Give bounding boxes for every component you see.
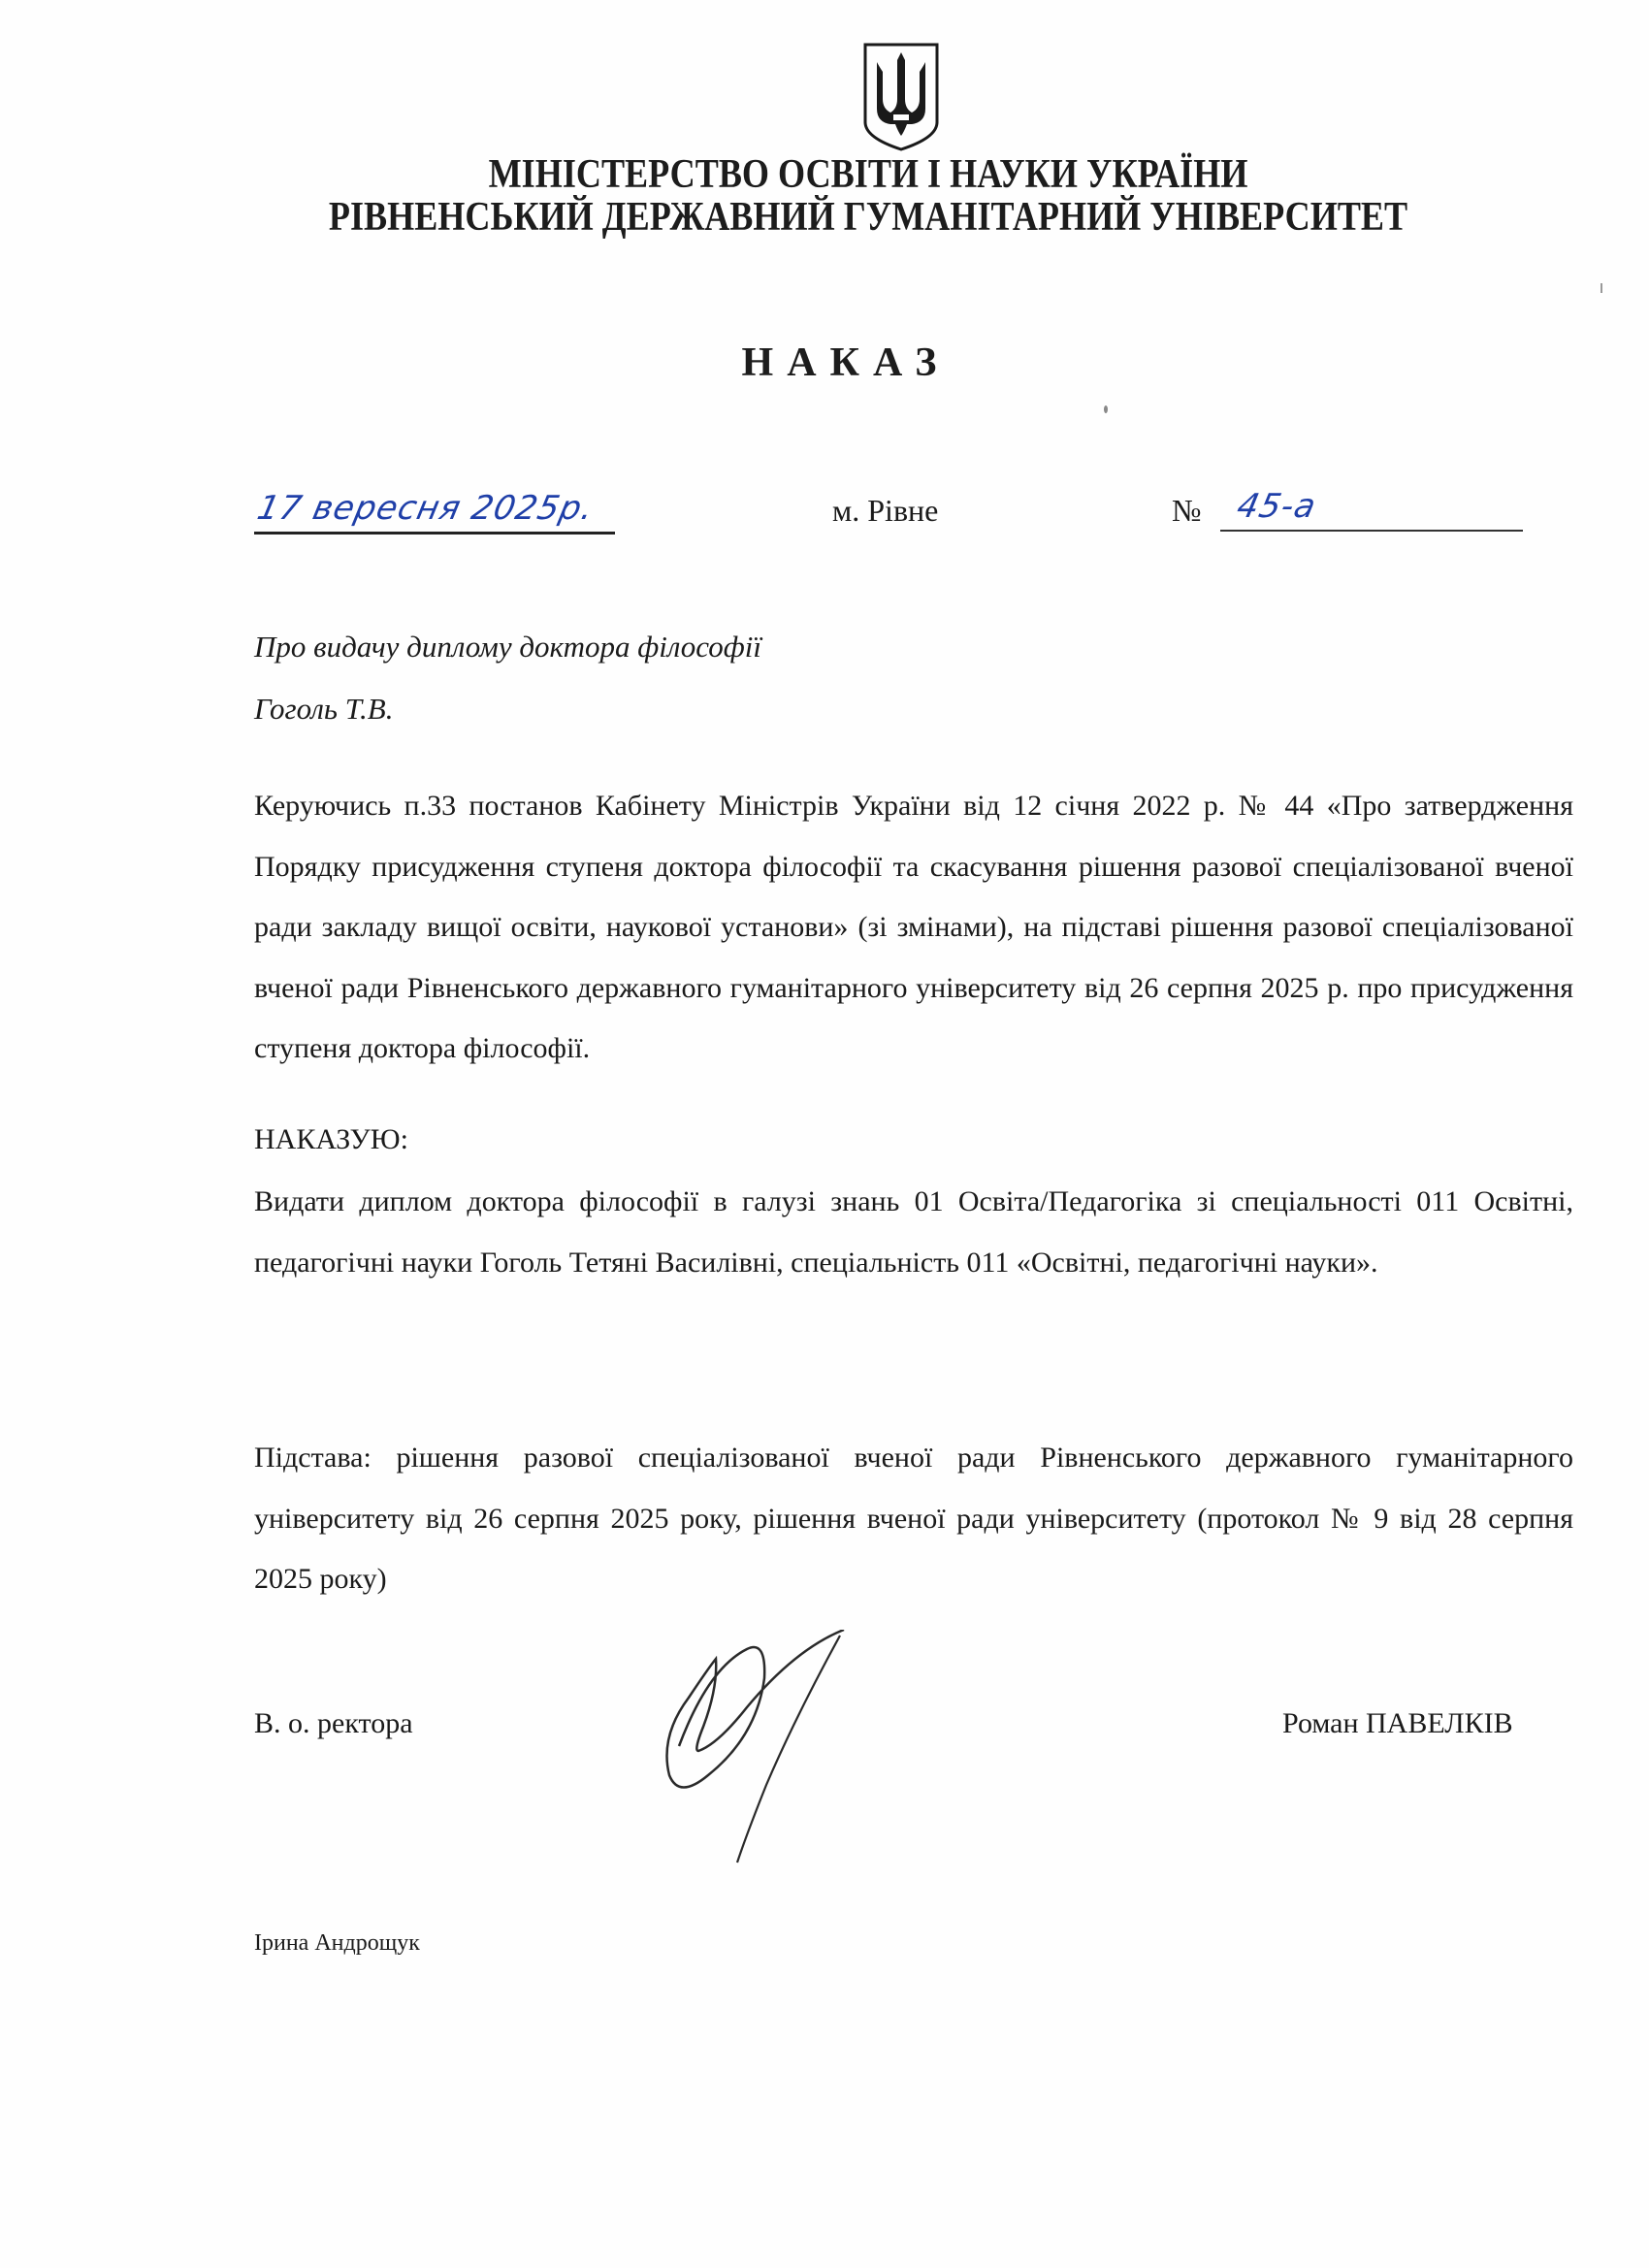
date-field: 17 вересня 2025р. <box>254 485 615 535</box>
basis-paragraph: Підстава: рішення разової спеціалізовано… <box>254 1428 1573 1610</box>
order-subject: Про видачу диплому доктора філософії Гог… <box>254 616 761 740</box>
order-number-field: 45-а <box>1220 485 1523 532</box>
order-text-paragraph: Видати диплом доктора філософії в галузі… <box>254 1172 1573 1293</box>
document-page: МІНІСТЕРСТВО ОСВІТИ І НАУКИ УКРАЇНИ РІВН… <box>0 0 1649 2268</box>
university-header: РІВНЕНСЬКИЙ ДЕРЖАВНИЙ ГУМАНІТАРНИЙ УНІВЕ… <box>159 194 1577 241</box>
handwritten-order-number: 45-а <box>1234 487 1320 526</box>
scan-speck <box>1104 405 1108 413</box>
document-title: НАКАЗ <box>0 340 1649 386</box>
city-label: м. Рівне <box>832 493 938 529</box>
order-keyword: НАКАЗУЮ: <box>254 1123 408 1156</box>
preamble-paragraph: Керуючись п.33 постанов Кабінету Міністр… <box>254 776 1573 1080</box>
document-meta-row: 17 вересня 2025р. м. Рівне № 45-а <box>0 485 1649 543</box>
signatory-position: В. о. ректора <box>254 1707 413 1740</box>
ministry-header: МІНІСТЕРСТВО ОСВІТИ І НАУКИ УКРАЇНИ <box>159 151 1577 198</box>
subject-line-2: Гоголь Т.В. <box>254 678 761 740</box>
executor-name: Ірина Андрощук <box>254 1930 420 1957</box>
scan-mark <box>1600 283 1602 293</box>
signature-row: В. о. ректора Роман ПАВЕЛКІВ <box>0 1707 1649 1766</box>
ukraine-trident-emblem-icon <box>861 41 941 153</box>
subject-line-1: Про видачу диплому доктора філософії <box>254 616 761 678</box>
number-label: № <box>1172 493 1202 529</box>
signatory-name: Роман ПАВЕЛКІВ <box>1282 1707 1513 1740</box>
handwritten-date: 17 вересня 2025р. <box>254 489 598 528</box>
